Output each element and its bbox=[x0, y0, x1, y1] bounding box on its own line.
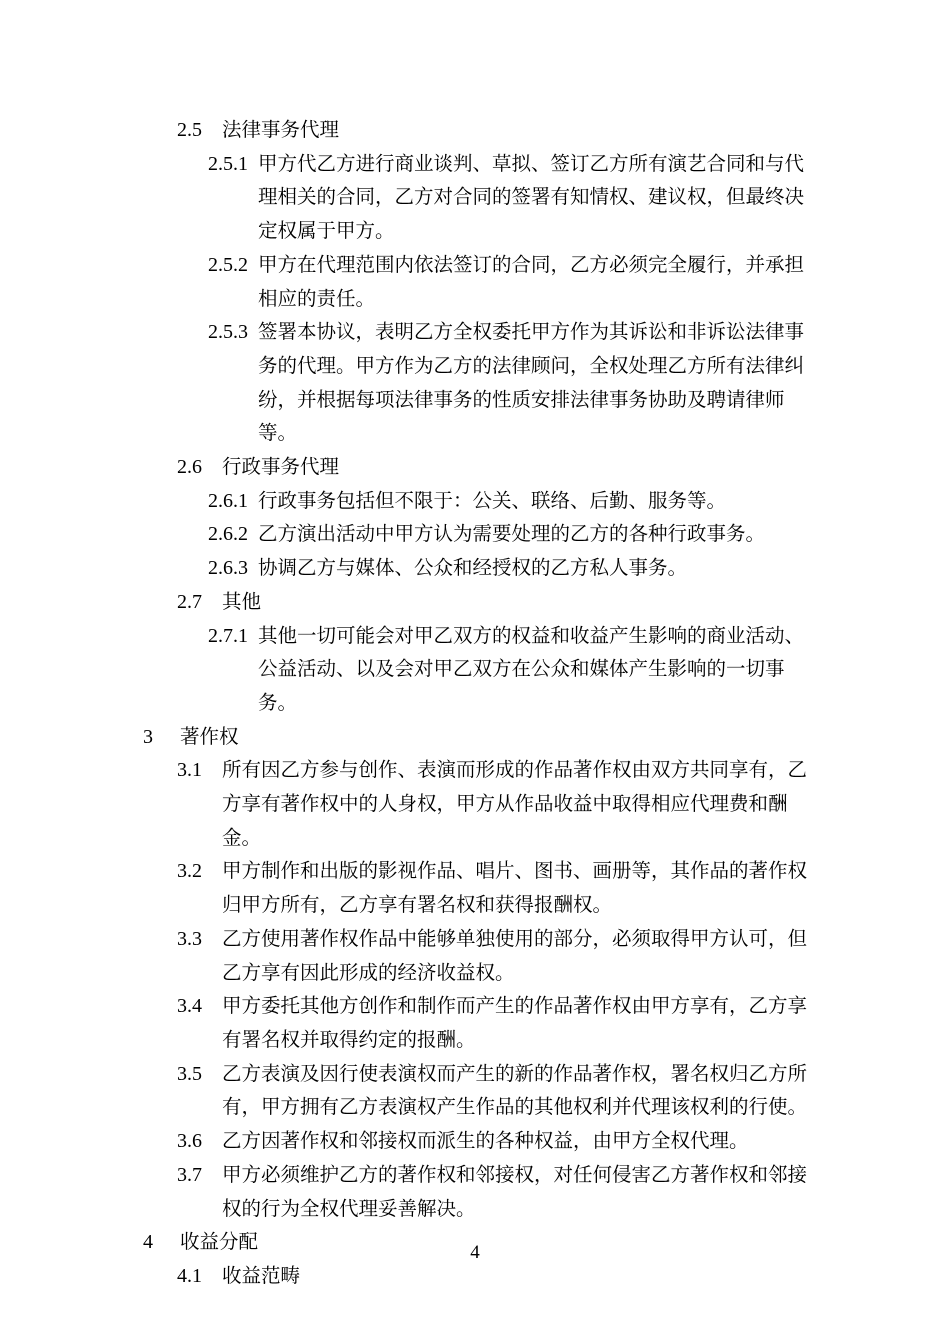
clause-text: 甲方委托其他方创作和制作而产生的作品著作权由甲方享有，乙方享 有署名权并取得约定… bbox=[222, 990, 808, 1057]
clause-text: 签署本协议，表明乙方全权委托甲方作为其诉讼和非诉讼法律事 务的代理。甲方作为乙方… bbox=[258, 316, 808, 451]
clause-number: 2.5.1 bbox=[208, 148, 258, 182]
section-3-3: 3.3乙方使用著作权作品中能够单独使用的部分，必须取得甲方认可，但 乙方享有因此… bbox=[0, 923, 808, 990]
clause-number: 4.1 bbox=[177, 1260, 222, 1294]
section-3-7: 3.7甲方必须维护乙方的著作权和邻接权，对任何侵害乙方著作权和邻接 权的行为全权… bbox=[0, 1159, 808, 1226]
clause-number: 3.4 bbox=[177, 990, 222, 1024]
clause-text: 收益范畴 bbox=[222, 1260, 808, 1294]
clause-2-5-2: 2.5.2甲方在代理范围内依法签订的合同，乙方必须完全履行，并承担 相应的责任。 bbox=[0, 249, 808, 316]
clause-text: 乙方使用著作权作品中能够单独使用的部分，必须取得甲方认可，但 乙方享有因此形成的… bbox=[222, 923, 808, 990]
section-3-2: 3.2甲方制作和出版的影视作品、唱片、图书、画册等，其作品的著作权 归甲方所有，… bbox=[0, 855, 808, 922]
section-2-7: 2.7其他 bbox=[0, 586, 808, 620]
clause-number: 2.6.3 bbox=[208, 552, 258, 586]
clause-number: 2.5.2 bbox=[208, 249, 258, 283]
section-3-1: 3.1所有因乙方参与创作、表演而形成的作品著作权由双方共同享有，乙 方享有著作权… bbox=[0, 754, 808, 855]
clause-text: 著作权 bbox=[180, 721, 808, 755]
contract-body: 2.5法律事务代理2.5.1甲方代乙方进行商业谈判、草拟、签订乙方所有演艺合同和… bbox=[0, 114, 808, 1294]
clause-number: 2.5.3 bbox=[208, 316, 258, 350]
clause-2-5-3: 2.5.3签署本协议，表明乙方全权委托甲方作为其诉讼和非诉讼法律事 务的代理。甲… bbox=[0, 316, 808, 451]
section-4-1: 4.1收益范畴 bbox=[0, 1260, 808, 1294]
clause-number: 2.6.2 bbox=[208, 518, 258, 552]
clause-text: 乙方演出活动中甲方认为需要处理的乙方的各种行政事务。 bbox=[258, 518, 808, 552]
document-page: 2.5法律事务代理2.5.1甲方代乙方进行商业谈判、草拟、签订乙方所有演艺合同和… bbox=[0, 0, 950, 1344]
clause-number: 2.6 bbox=[177, 451, 222, 485]
clause-2-6-2: 2.6.2乙方演出活动中甲方认为需要处理的乙方的各种行政事务。 bbox=[0, 518, 808, 552]
section-2-5: 2.5法律事务代理 bbox=[0, 114, 808, 148]
clause-number: 2.5 bbox=[177, 114, 222, 148]
clause-text: 甲方在代理范围内依法签订的合同，乙方必须完全履行，并承担 相应的责任。 bbox=[258, 249, 808, 316]
clause-text: 法律事务代理 bbox=[222, 114, 808, 148]
clause-text: 协调乙方与媒体、公众和经授权的乙方私人事务。 bbox=[258, 552, 808, 586]
clause-text: 所有因乙方参与创作、表演而形成的作品著作权由双方共同享有，乙 方享有著作权中的人… bbox=[222, 754, 808, 855]
clause-text: 其他 bbox=[222, 586, 808, 620]
page-number: 4 bbox=[0, 1242, 950, 1264]
clause-number: 2.6.1 bbox=[208, 485, 258, 519]
clause-number: 3.6 bbox=[177, 1125, 222, 1159]
clause-number: 3.2 bbox=[177, 855, 222, 889]
clause-text: 甲方代乙方进行商业谈判、草拟、签订乙方所有演艺合同和与代 理相关的合同，乙方对合… bbox=[258, 148, 808, 249]
section-3: 3著作权 bbox=[0, 721, 808, 755]
section-3-5: 3.5乙方表演及因行使表演权而产生的新的作品著作权，署名权归乙方所 有，甲方拥有… bbox=[0, 1058, 808, 1125]
clause-number: 3.3 bbox=[177, 923, 222, 957]
clause-number: 2.7.1 bbox=[208, 620, 258, 654]
clause-2-7-1: 2.7.1其他一切可能会对甲乙双方的权益和收益产生影响的商业活动、 公益活动、以… bbox=[0, 620, 808, 721]
clause-text: 甲方制作和出版的影视作品、唱片、图书、画册等，其作品的著作权 归甲方所有，乙方享… bbox=[222, 855, 808, 922]
section-2-6: 2.6行政事务代理 bbox=[0, 451, 808, 485]
clause-text: 行政事务代理 bbox=[222, 451, 808, 485]
clause-2-6-3: 2.6.3协调乙方与媒体、公众和经授权的乙方私人事务。 bbox=[0, 552, 808, 586]
clause-text: 甲方必须维护乙方的著作权和邻接权，对任何侵害乙方著作权和邻接 权的行为全权代理妥… bbox=[222, 1159, 808, 1226]
clause-text: 行政事务包括但不限于：公关、联络、后勤、服务等。 bbox=[258, 485, 808, 519]
clause-2-6-1: 2.6.1行政事务包括但不限于：公关、联络、后勤、服务等。 bbox=[0, 485, 808, 519]
clause-number: 3.7 bbox=[177, 1159, 222, 1193]
section-3-4: 3.4甲方委托其他方创作和制作而产生的作品著作权由甲方享有，乙方享 有署名权并取… bbox=[0, 990, 808, 1057]
clause-text: 其他一切可能会对甲乙双方的权益和收益产生影响的商业活动、 公益活动、以及会对甲乙… bbox=[258, 620, 808, 721]
clause-2-5-1: 2.5.1甲方代乙方进行商业谈判、草拟、签订乙方所有演艺合同和与代 理相关的合同… bbox=[0, 148, 808, 249]
clause-number: 2.7 bbox=[177, 586, 222, 620]
clause-text: 乙方表演及因行使表演权而产生的新的作品著作权，署名权归乙方所 有，甲方拥有乙方表… bbox=[222, 1058, 808, 1125]
section-3-6: 3.6乙方因著作权和邻接权而派生的各种权益，由甲方全权代理。 bbox=[0, 1125, 808, 1159]
clause-number: 3.1 bbox=[177, 754, 222, 788]
clause-number: 3.5 bbox=[177, 1058, 222, 1092]
clause-number: 3 bbox=[143, 721, 180, 755]
clause-text: 乙方因著作权和邻接权而派生的各种权益，由甲方全权代理。 bbox=[222, 1125, 808, 1159]
